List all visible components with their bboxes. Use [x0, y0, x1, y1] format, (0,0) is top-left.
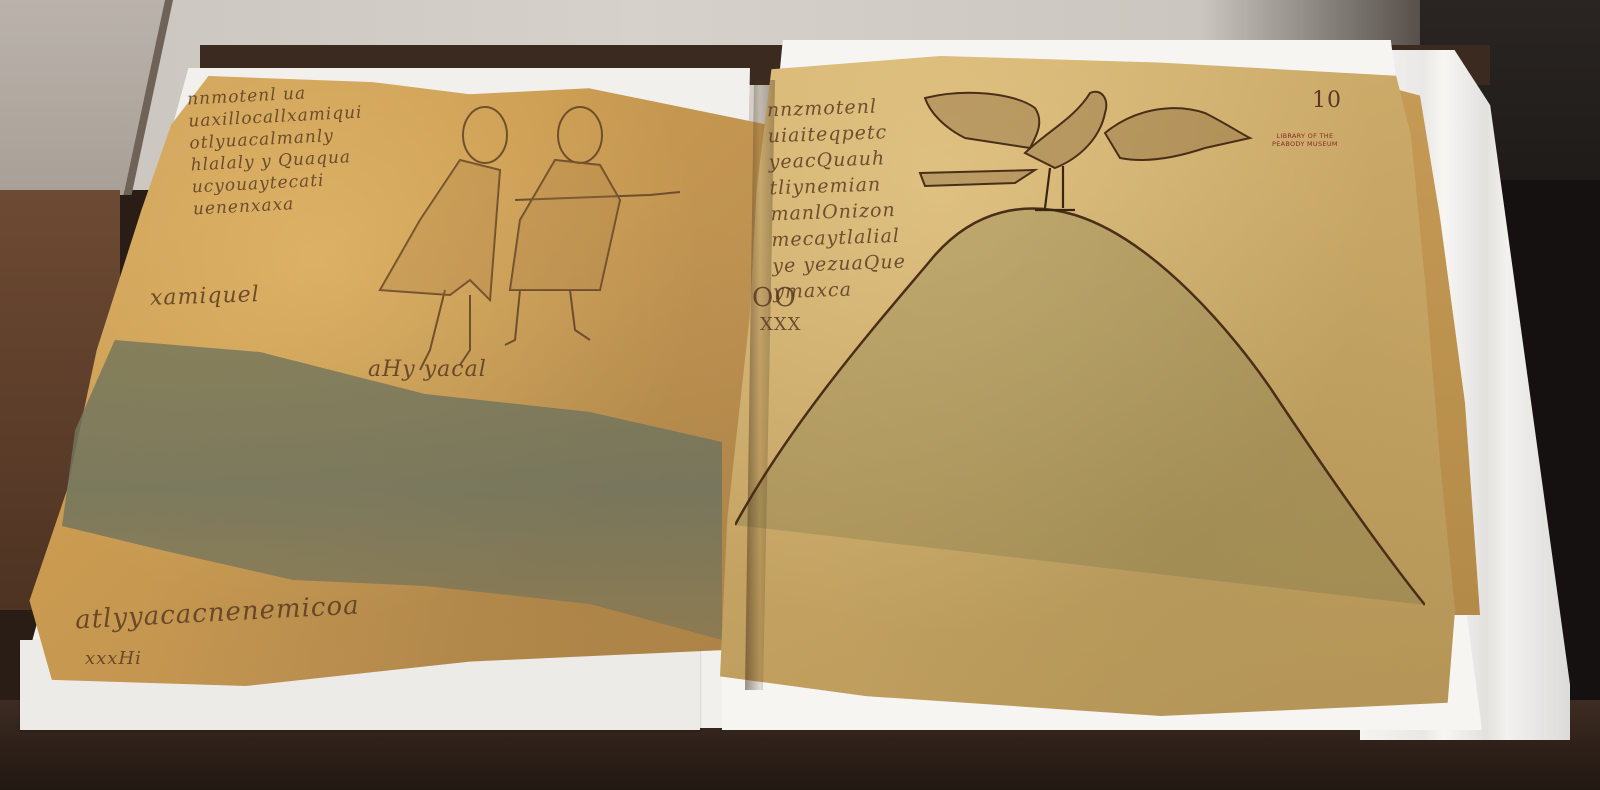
- two-standing-figures-illustration: [320, 100, 700, 380]
- figure-name-label: aHy yacal: [368, 357, 487, 382]
- text-line: yeacQuauh: [768, 145, 902, 176]
- library-stamp: LIBRARY OF THE PEABODY MUSEUM: [1272, 132, 1338, 148]
- numeral-circles: OO: [752, 283, 797, 313]
- lake-caption-secondary: xxxHi: [85, 648, 142, 669]
- numeral-marks: XXX: [760, 314, 801, 335]
- figure-name-label: xamiquel: [150, 282, 261, 311]
- stamp-line: PEABODY MUSEUM: [1272, 140, 1338, 148]
- photo-scene: nnmotenl ua uaxillocallxamiqui otlyuacal…: [0, 0, 1600, 790]
- eagle-illustration: [905, 78, 1255, 218]
- left-page-text-block: nnmotenl ua uaxillocallxamiqui otlyuacal…: [187, 80, 368, 221]
- text-line: ye yezuaQue: [772, 249, 906, 280]
- folio-number: 10: [1312, 88, 1342, 113]
- right-page-text-block: nnzmotenl uiaiteqpetc yeacQuauh tliynemi…: [766, 93, 907, 306]
- stamp-line: LIBRARY OF THE: [1272, 132, 1338, 140]
